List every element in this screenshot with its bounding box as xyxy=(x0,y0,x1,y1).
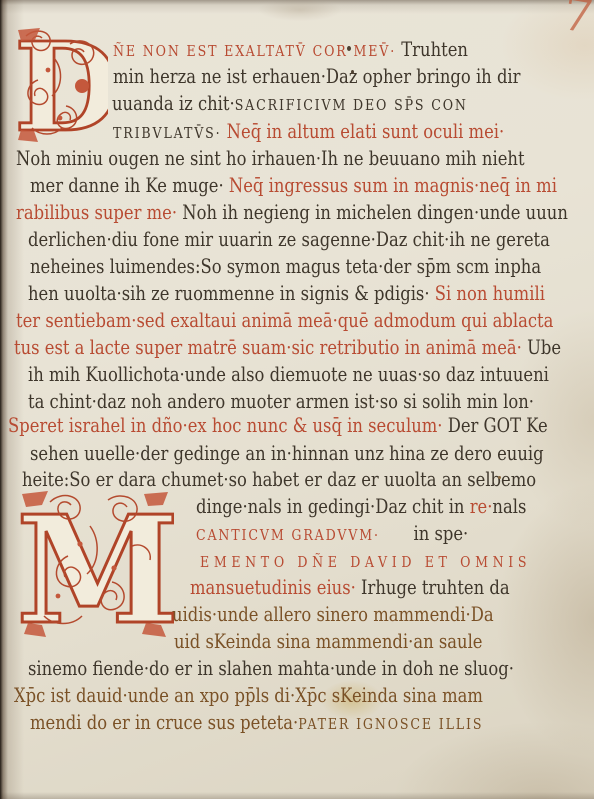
folio-number: 7 xyxy=(558,0,594,44)
text-line: mendi do er in cruce sus peteta·PATER IG… xyxy=(30,711,483,736)
text-segment: Neq̄ ingressus sum in magnis·neq̄ in mi xyxy=(224,174,557,197)
text-segment: ih mih Kuollichota·unde also diemuote ne… xyxy=(28,363,549,386)
text-segment: heite:So er dara chumet·so habet er daz … xyxy=(22,468,536,491)
text-segment: PATER IGNOSCE ILLIS xyxy=(298,715,483,733)
text-segment: mansuetudinis eius· xyxy=(190,576,356,599)
text-segment: mer danne ih Ke muge· xyxy=(30,174,224,197)
text-segment: TRIBVLATV̄S· xyxy=(113,124,221,142)
text-segment: Irhuge truhten da xyxy=(356,576,510,599)
illuminated-initial-m: M xyxy=(16,486,174,648)
ink-speck xyxy=(351,70,354,74)
text-segment: sehen uuelle·der gedinge an in·hinnan un… xyxy=(30,442,544,465)
text-line: sehen uuelle·der gedinge an in·hinnan un… xyxy=(30,442,544,466)
text-line: CANTICVM GRADVVM·in spe· xyxy=(196,522,468,547)
text-segment: Der GOT Ke xyxy=(442,414,547,437)
text-line: Xp̄c ist dauid·unde an xpo pp̄ls di·Xp̄c… xyxy=(14,684,483,708)
text-line: TRIBVLATV̄S· Neq̄ in altum elati sunt oc… xyxy=(113,120,504,145)
illuminated-initial-d: D xyxy=(12,24,108,152)
text-segment: SACRIFICIVM DEO SP̄S CON xyxy=(235,96,468,114)
ink-speck xyxy=(498,476,501,479)
text-segment: in spe· xyxy=(413,522,468,545)
text-segment: Speret israhel in dño·ex hoc nunc & usq̄… xyxy=(8,414,442,437)
text-line: rabilibus super me· Noh ih negieng in mi… xyxy=(16,201,568,225)
text-line: neheines luimendes:So symon magus teta·d… xyxy=(30,255,541,279)
text-segment: Noh ih negieng in michelen dingen·unde u… xyxy=(177,201,568,224)
text-segment: Truhten xyxy=(396,38,468,61)
text-line: mansuetudinis eius· Irhuge truhten da xyxy=(190,576,510,600)
text-segment: sinemo fiende·do er in slahen mahta·unde… xyxy=(28,657,514,680)
text-line: ÑE NON EST EXALTATV̄ COR MEV̄· Truhten xyxy=(113,38,468,63)
text-segment: mendi do er in cruce sus peteta· xyxy=(30,711,298,734)
text-line: uid sKeinda sina mammendi·an saule xyxy=(174,630,483,654)
text-segment: min herza ne ist erhauen·Daz opher bring… xyxy=(113,65,521,88)
text-segment: neheines luimendes:So symon magus teta·d… xyxy=(30,255,541,278)
text-segment: EMENTO DÑE DAVID ET OMNIS xyxy=(200,553,531,571)
text-segment: uid sKeinda sina mammendi·an saule xyxy=(174,630,483,653)
text-line: min herza ne ist erhauen·Daz opher bring… xyxy=(113,65,521,89)
text-segment: derlichen·diu fone mir uuarin ze sagenne… xyxy=(28,228,550,251)
text-line: derlichen·diu fone mir uuarin ze sagenne… xyxy=(28,228,550,252)
text-line: dinge·nals in gedingi·Daz chit in re·nal… xyxy=(196,495,526,519)
text-segment: Ube xyxy=(522,336,561,359)
text-line: ta chint·daz noh andero muoter armen ist… xyxy=(28,390,534,414)
text-line: sinemo fiende·do er in slahen mahta·unde… xyxy=(28,657,514,681)
text-line: Speret israhel in dño·ex hoc nunc & usq̄… xyxy=(8,414,548,438)
text-segment: rabilibus super me· xyxy=(16,201,177,224)
ink-speck xyxy=(347,46,351,51)
text-line: EMENTO DÑE DAVID ET OMNIS xyxy=(200,549,531,574)
text-line: heite:So er dara chumet·so habet er daz … xyxy=(22,468,536,492)
text-segment: Si non humili xyxy=(430,282,545,305)
text-line: hen uuolta·sih ze ruommenne in signis & … xyxy=(28,282,545,306)
text-segment: Neq̄ in altum elati sunt oculi mei· xyxy=(221,120,504,143)
text-segment: nals xyxy=(492,495,526,518)
text-segment: tus est a lacte super matrē suam·sic ret… xyxy=(14,336,522,359)
text-segment: ter sentiebam·sed exaltaui animā meā·quē… xyxy=(16,309,553,332)
text-segment: uidis·unde allero sinero mammendi·Da xyxy=(172,603,494,626)
text-segment: ta chint·daz noh andero muoter armen ist… xyxy=(28,390,534,413)
text-segment: Noh miniu ougen ne sint ho irhauen·Ih ne… xyxy=(16,147,525,170)
text-line: uidis·unde allero sinero mammendi·Da xyxy=(172,603,494,627)
text-line: Noh miniu ougen ne sint ho irhauen·Ih ne… xyxy=(16,147,525,171)
text-segment: CANTICVM GRADVVM· xyxy=(196,526,380,544)
text-segment: ÑE NON EST EXALTATV̄ COR MEV̄· xyxy=(113,42,396,60)
text-segment: uuanda iz chit· xyxy=(112,92,235,115)
text-line: ter sentiebam·sed exaltaui animā meā·quē… xyxy=(16,309,553,333)
text-segment: hen uuolta·sih ze ruommenne in signis & … xyxy=(28,282,430,305)
text-line: uuanda iz chit·SACRIFICIVM DEO SP̄S CON xyxy=(112,92,468,117)
text-segment: re· xyxy=(470,495,493,518)
text-line: mer danne ih Ke muge· Neq̄ ingressus sum… xyxy=(30,174,557,198)
text-segment: Xp̄c ist dauid·unde an xpo pp̄ls di·Xp̄c… xyxy=(14,684,483,707)
text-line: tus est a lacte super matrē suam·sic ret… xyxy=(14,336,561,360)
parchment-page: D M xyxy=(0,0,594,799)
manuscript-photo: D M xyxy=(0,0,594,799)
text-line: ih mih Kuollichota·unde also diemuote ne… xyxy=(28,363,549,387)
text-segment: dinge·nals in gedingi·Daz chit in xyxy=(196,495,470,518)
